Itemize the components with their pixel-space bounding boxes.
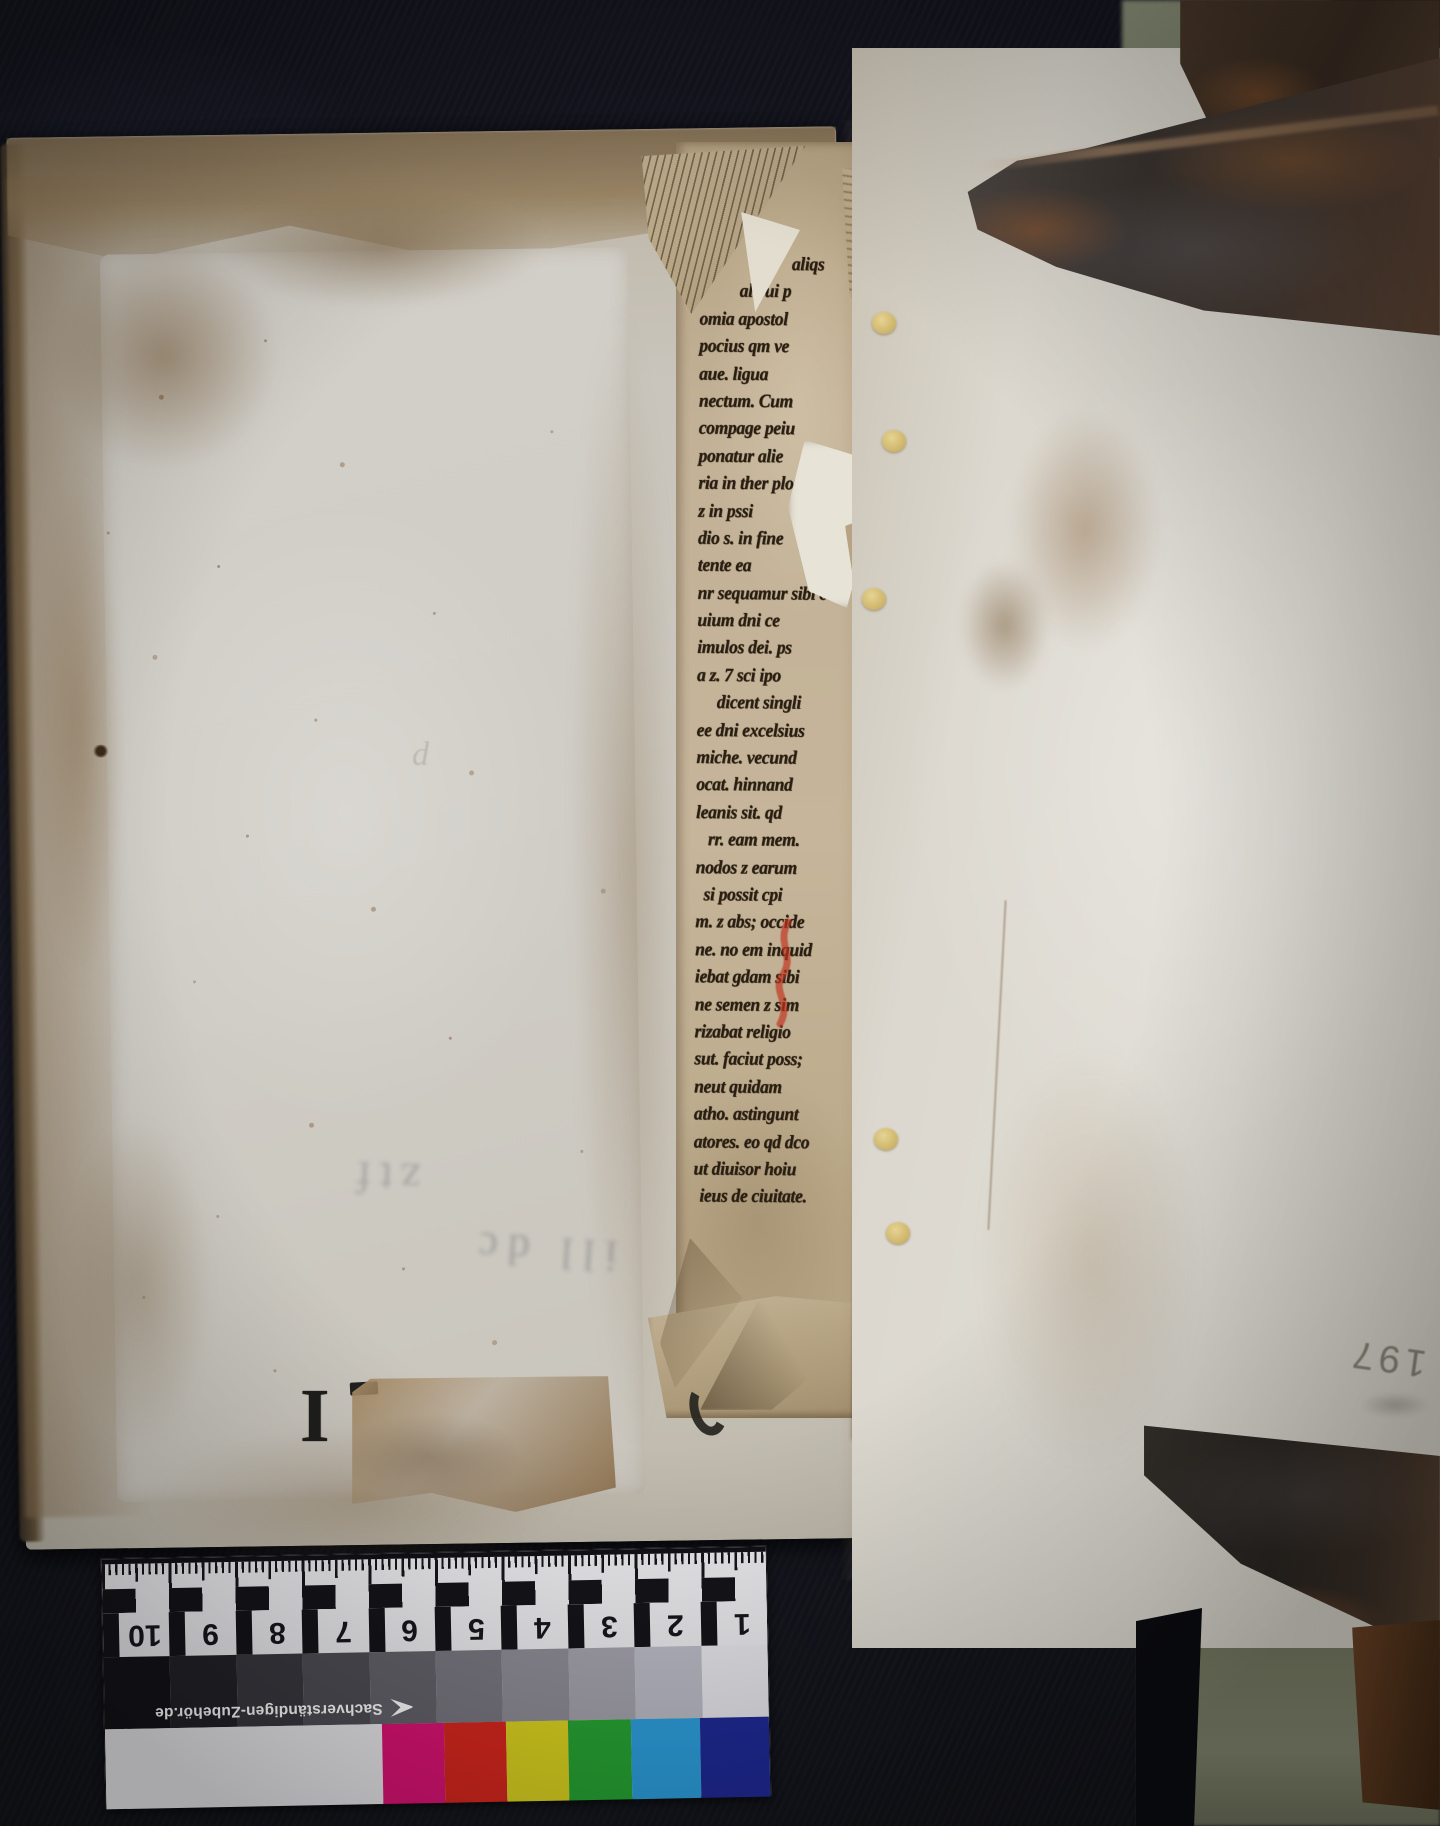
photo-canvas: aliqsalicui pomia apostolpocius qm veaue… [0, 0, 1440, 1826]
photo-vignette [0, 0, 1440, 1826]
